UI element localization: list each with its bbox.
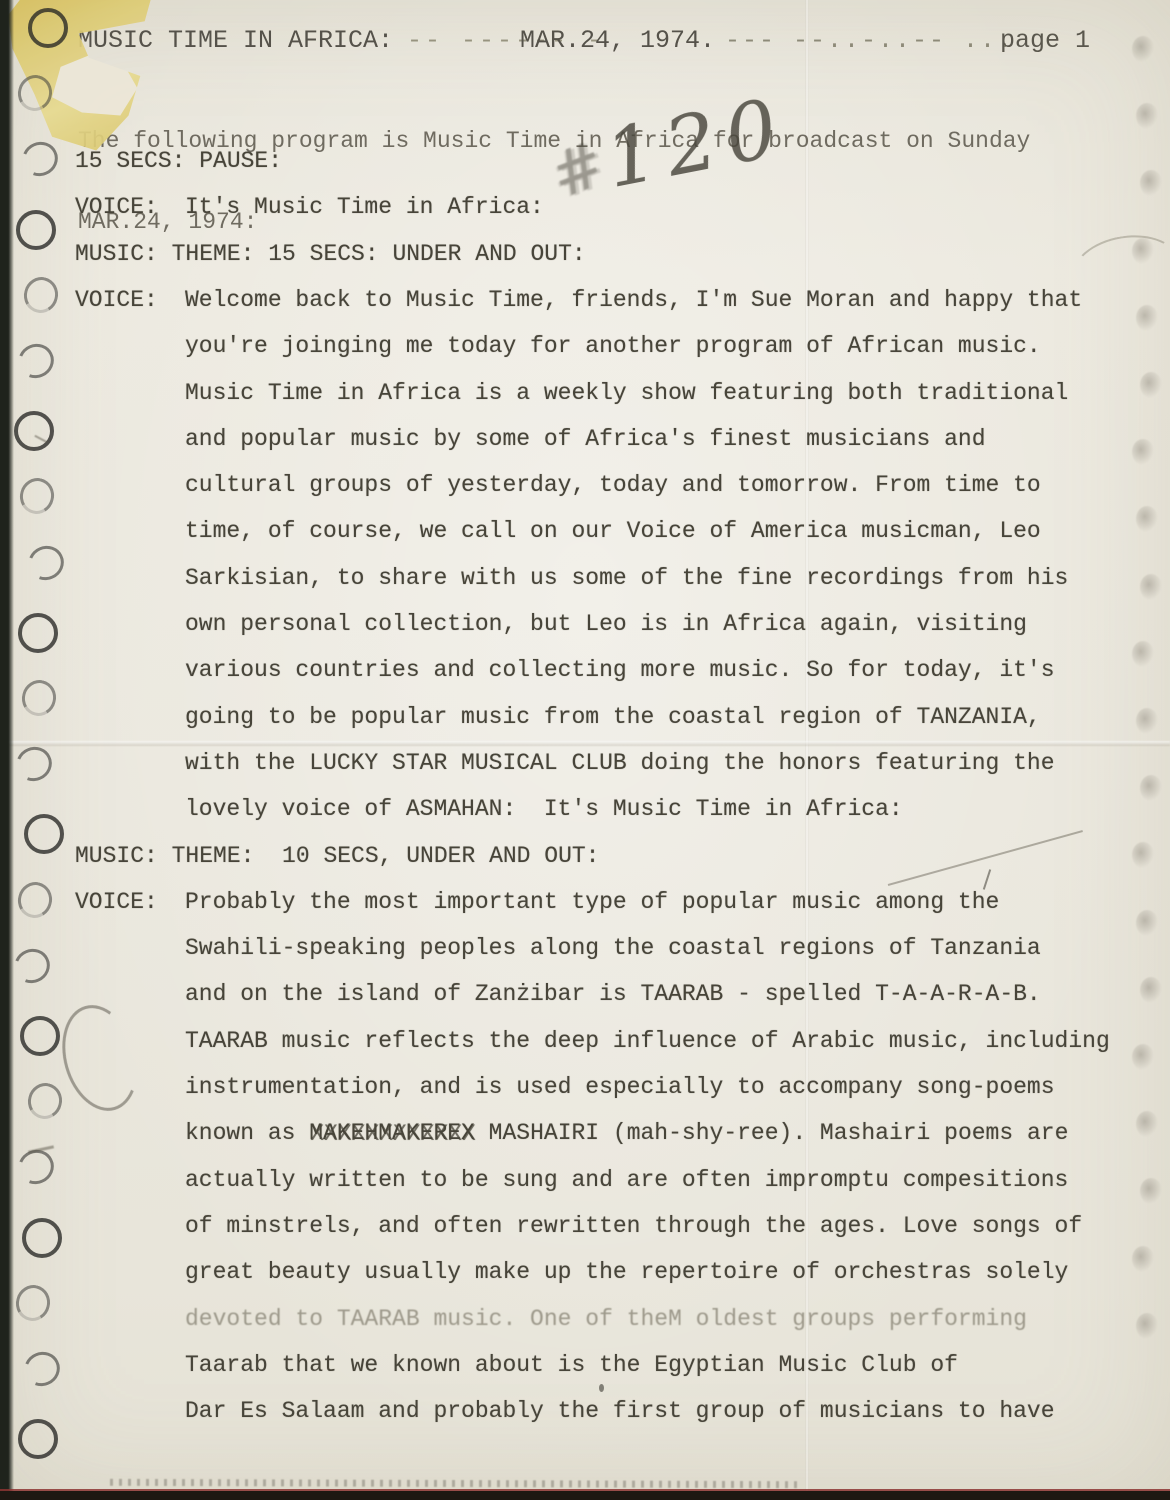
- line-text: known as: [185, 1120, 309, 1146]
- scan-smudge: [1132, 1044, 1154, 1070]
- hole-punch-mark: [14, 878, 56, 921]
- typewritten-content: MUSIC TIME IN AFRICA: -- ------ - MAR.24…: [75, 0, 1170, 1500]
- script-line: great beauty usually make up the reperto…: [75, 1257, 1068, 1287]
- scan-smudge: [1132, 238, 1154, 264]
- line-text: MUSIC: THEME: 15 SECS: UNDER AND OUT:: [75, 239, 586, 269]
- script-line: VOICE:Welcome back to Music Time, friend…: [75, 285, 1082, 315]
- scan-smudge: [1136, 1111, 1158, 1137]
- line-text: own personal collection, but Leo is in A…: [185, 609, 1027, 639]
- header-title: MUSIC TIME IN AFRICA:: [78, 26, 393, 55]
- hole-punch-mark: [28, 8, 68, 48]
- scan-smudge: [1140, 977, 1162, 1003]
- line-text: of minstrels, and often rewritten throug…: [185, 1211, 1082, 1241]
- hole-punch-mark: [22, 1218, 62, 1258]
- scan-smudge: [1132, 1246, 1154, 1272]
- hole-punch-mark: [19, 1346, 66, 1392]
- script-line: lovely voice of ASMAHAN: It's Music Time…: [75, 794, 903, 824]
- scan-smudge: [1132, 641, 1154, 667]
- header-date: MAR.24, 1974.: [520, 26, 715, 55]
- hole-punch-mark: [16, 475, 58, 518]
- hole-punch-mark: [23, 540, 70, 586]
- script-line: devoted to TAARAB music. One of theM old…: [75, 1304, 1027, 1334]
- scan-edge-left: [0, 0, 14, 1500]
- script-line: VOICE:Probably the most important type o…: [75, 887, 999, 917]
- script-line: you're joinging me today for another pro…: [75, 331, 1041, 361]
- speaker-label: VOICE:: [75, 887, 158, 917]
- scan-smudge: [1136, 305, 1158, 331]
- line-text: with the LUCKY STAR MUSICAL CLUB doing t…: [185, 748, 1055, 778]
- scan-edge-bottom: [0, 1491, 1170, 1500]
- script-line: own personal collection, but Leo is in A…: [75, 609, 1027, 639]
- script-line: Music Time in Africa is a weekly show fe…: [75, 378, 1068, 408]
- speaker-label: VOICE:: [75, 192, 158, 222]
- hole-punch-mark: [17, 137, 64, 183]
- line-text: Welcome back to Music Time, friends, I'm…: [185, 285, 1082, 315]
- line-text: It's Music Time in Africa:: [185, 192, 544, 222]
- line-text: MUSIC: THEME: 10 SECS, UNDER AND OUT:: [75, 841, 600, 871]
- script-line: known as MAKEHMAKEREX MASHAIRI (mah-shy-…: [75, 1118, 1068, 1148]
- hole-punch-mark: [20, 273, 62, 316]
- script-line: MUSIC: THEME: 15 SECS: UNDER AND OUT:: [75, 239, 586, 269]
- scan-smudge: [1140, 775, 1162, 801]
- scan-smudge: [1136, 1313, 1158, 1339]
- hole-punch-mark: [9, 943, 56, 989]
- script-line: instrumentation, and is used especially …: [75, 1072, 1055, 1102]
- line-text: you're joinging me today for another pro…: [185, 331, 1041, 361]
- scan-smudge: [1136, 708, 1158, 734]
- scan-smudge: [1132, 439, 1154, 465]
- hole-punch-mark: [18, 676, 60, 719]
- line-text: 15 SECS: PAUSE:: [75, 146, 282, 176]
- scan-smudge: [1136, 103, 1158, 129]
- script-line: MUSIC: THEME: 10 SECS, UNDER AND OUT:: [75, 841, 600, 871]
- script-line: cultural groups of yesterday, today and …: [75, 470, 1041, 500]
- header-leader-dashes: --- --..-..-- ...: [725, 26, 1014, 55]
- script-line: various countries and collecting more mu…: [75, 655, 1055, 685]
- hole-punch-mark: [24, 1080, 66, 1123]
- hole-punch-mark: [12, 1281, 54, 1324]
- scan-smudge: [1140, 372, 1162, 398]
- line-text: Probably the most important type of popu…: [185, 887, 999, 917]
- hole-punch-mark: [20, 1016, 60, 1056]
- ink-speck: [599, 1384, 604, 1392]
- script-line: Sarkisian, to share with us some of the …: [75, 563, 1068, 593]
- hole-punch-mark: [16, 210, 56, 250]
- script-line: actually written to be sung and are ofte…: [75, 1165, 1068, 1195]
- line-text: lovely voice of ASMAHAN: It's Music Time…: [185, 794, 903, 824]
- script-line: VOICE:It's Music Time in Africa:: [75, 192, 544, 222]
- scan-smudge: [1132, 36, 1154, 62]
- hole-punch-mark: [24, 814, 64, 854]
- hole-punch-mark: [13, 338, 60, 384]
- document-page: MUSIC TIME IN AFRICA: -- ------ - MAR.24…: [0, 0, 1170, 1500]
- script-line: and popular music by some of Africa's fi…: [75, 424, 986, 454]
- line-text: and popular music by some of Africa's fi…: [185, 424, 986, 454]
- script-line: going to be popular music from the coast…: [75, 702, 1041, 732]
- hole-punch-mark: [11, 741, 58, 787]
- script-line: Taarab that we known about is the Egypti…: [75, 1350, 958, 1380]
- line-text: and on the island of Zanżibar is TAARAB …: [185, 979, 1041, 1009]
- hole-punch-mark: [18, 613, 58, 653]
- line-text: Taarab that we known about is the Egypti…: [185, 1350, 958, 1380]
- line-text: MASHAIRI (mah-shy-ree). Mashairi poems a…: [475, 1120, 1069, 1146]
- script-line: TAARAB music reflects the deep influence…: [75, 1026, 1110, 1056]
- script-line: with the LUCKY STAR MUSICAL CLUB doing t…: [75, 748, 1055, 778]
- script-line: of minstrels, and often rewritten throug…: [75, 1211, 1082, 1241]
- line-text: various countries and collecting more mu…: [185, 655, 1055, 685]
- header-page-number: page 1: [1000, 26, 1090, 55]
- line-text: devoted to TAARAB music. One of theM old…: [185, 1304, 1027, 1334]
- line-text: great beauty usually make up the reperto…: [185, 1257, 1068, 1287]
- hole-punch-mark: [14, 411, 54, 451]
- script-line: Dar Es Salaam and probably the first gro…: [75, 1396, 1055, 1426]
- hole-punch-mark: [18, 1419, 58, 1459]
- script-line: Swahili-speaking peoples along the coast…: [75, 933, 1041, 963]
- line-text: Sarkisian, to share with us some of the …: [185, 563, 1068, 593]
- scan-smudge: [1140, 574, 1162, 600]
- line-text: TAARAB music reflects the deep influence…: [185, 1026, 1110, 1056]
- line-text: instrumentation, and is used especially …: [185, 1072, 1055, 1102]
- line-text: Swahili-speaking peoples along the coast…: [185, 933, 1041, 963]
- script-line: and on the island of Zanżibar is TAARAB …: [75, 979, 1041, 1009]
- line-text: time, of course, we call on our Voice of…: [185, 516, 1041, 546]
- line-text: Dar Es Salaam and probably the first gro…: [185, 1396, 1055, 1426]
- struck-out-word: MAKEHMAKEREX: [309, 1118, 475, 1148]
- line-text: cultural groups of yesterday, today and …: [185, 470, 1041, 500]
- script-line: 15 SECS: PAUSE:: [75, 146, 282, 176]
- line-text: Music Time in Africa is a weekly show fe…: [185, 378, 1068, 408]
- script-line: time, of course, we call on our Voice of…: [75, 516, 1041, 546]
- line-text: actually written to be sung and are ofte…: [185, 1165, 1068, 1195]
- scan-smudge: [1136, 910, 1158, 936]
- line-text: known as MAKEHMAKEREX MASHAIRI (mah-shy-…: [185, 1118, 1068, 1148]
- speaker-label: VOICE:: [75, 285, 158, 315]
- document-header: MUSIC TIME IN AFRICA: -- ------ - MAR.24…: [75, 26, 1170, 58]
- line-text: going to be popular music from the coast…: [185, 702, 1041, 732]
